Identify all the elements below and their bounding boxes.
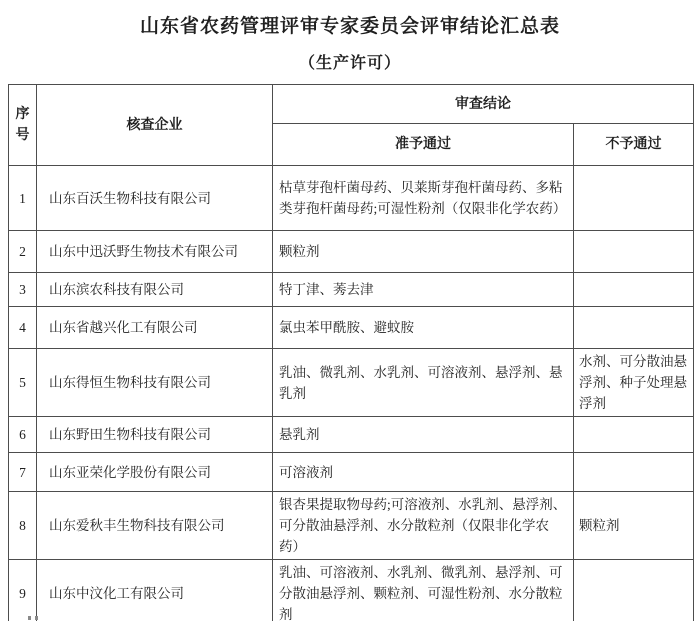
cell-rejected bbox=[574, 166, 694, 231]
table-row: 3 山东滨农科技有限公司 特丁津、莠去津 bbox=[9, 273, 694, 307]
cell-company: 山东得恒生物科技有限公司 bbox=[37, 349, 273, 417]
cell-company: 山东滨农科技有限公司 bbox=[37, 273, 273, 307]
cell-serial-number: 8 bbox=[9, 492, 37, 560]
cell-company: 山东百沃生物科技有限公司 bbox=[37, 166, 273, 231]
cell-rejected: 水剂、可分散油悬浮剂、种子处理悬浮剂 bbox=[574, 349, 694, 417]
page-subtitle: （生产许可） bbox=[0, 50, 700, 73]
cell-serial-number: 4 bbox=[9, 307, 37, 349]
page-cutoff-mark bbox=[28, 616, 42, 621]
header-rejected: 不予通过 bbox=[574, 124, 694, 166]
header-row-1: 序号 核查企业 审查结论 bbox=[9, 85, 694, 124]
cell-approved: 乳油、可溶液剂、水乳剂、微乳剂、悬浮剂、可分散油悬浮剂、颗粒剂、可湿性粉剂、水分… bbox=[273, 560, 574, 621]
page-title: 山东省农药管理评审专家委员会评审结论汇总表 bbox=[0, 11, 700, 38]
cell-rejected bbox=[574, 307, 694, 349]
cell-approved: 银杏果提取物母药;可溶液剂、水乳剂、悬浮剂、可分散油悬浮剂、水分散粒剂（仅限非化… bbox=[273, 492, 574, 560]
header-company: 核查企业 bbox=[37, 85, 273, 166]
cell-approved: 特丁津、莠去津 bbox=[273, 273, 574, 307]
review-summary-table: 序号 核查企业 审查结论 准予通过 不予通过 1 山东百沃生物科技有限公司 枯草… bbox=[8, 84, 694, 621]
table-row: 4 山东省越兴化工有限公司 氯虫苯甲酰胺、避蚊胺 bbox=[9, 307, 694, 349]
cell-approved: 枯草芽孢杆菌母药、贝莱斯芽孢杆菌母药、多粘类芽孢杆菌母药;可湿性粉剂（仅限非化学… bbox=[273, 166, 574, 231]
cell-serial-number: 3 bbox=[9, 273, 37, 307]
cell-approved: 颗粒剂 bbox=[273, 231, 574, 273]
cell-rejected bbox=[574, 231, 694, 273]
table-row: 7 山东亚荣化学股份有限公司 可溶液剂 bbox=[9, 453, 694, 492]
cell-rejected bbox=[574, 453, 694, 492]
cell-approved: 乳油、微乳剂、水乳剂、可溶液剂、悬浮剂、悬乳剂 bbox=[273, 349, 574, 417]
cell-serial-number: 5 bbox=[9, 349, 37, 417]
cell-company: 山东中汶化工有限公司 bbox=[37, 560, 273, 621]
header-review-conclusion: 审查结论 bbox=[273, 85, 694, 124]
table-row: 1 山东百沃生物科技有限公司 枯草芽孢杆菌母药、贝莱斯芽孢杆菌母药、多粘类芽孢杆… bbox=[9, 166, 694, 231]
document-page: 山东省农药管理评审专家委员会评审结论汇总表 （生产许可） 序号 核查企业 审查结… bbox=[0, 0, 700, 621]
cell-rejected bbox=[574, 273, 694, 307]
cell-serial-number: 7 bbox=[9, 453, 37, 492]
cell-rejected bbox=[574, 417, 694, 453]
table-row: 5 山东得恒生物科技有限公司 乳油、微乳剂、水乳剂、可溶液剂、悬浮剂、悬乳剂 水… bbox=[9, 349, 694, 417]
cell-serial-number: 6 bbox=[9, 417, 37, 453]
cell-company: 山东省越兴化工有限公司 bbox=[37, 307, 273, 349]
cell-rejected: 颗粒剂 bbox=[574, 492, 694, 560]
cell-serial-number: 9 bbox=[9, 560, 37, 621]
table-row: 8 山东爱秋丰生物科技有限公司 银杏果提取物母药;可溶液剂、水乳剂、悬浮剂、可分… bbox=[9, 492, 694, 560]
cell-rejected bbox=[574, 560, 694, 621]
header-approved: 准予通过 bbox=[273, 124, 574, 166]
cell-serial-number: 1 bbox=[9, 166, 37, 231]
cell-approved: 氯虫苯甲酰胺、避蚊胺 bbox=[273, 307, 574, 349]
table-row: 2 山东中迅沃野生物技术有限公司 颗粒剂 bbox=[9, 231, 694, 273]
cell-company: 山东爱秋丰生物科技有限公司 bbox=[37, 492, 273, 560]
cell-serial-number: 2 bbox=[9, 231, 37, 273]
cell-approved: 悬乳剂 bbox=[273, 417, 574, 453]
cell-company: 山东野田生物科技有限公司 bbox=[37, 417, 273, 453]
cell-approved: 可溶液剂 bbox=[273, 453, 574, 492]
cell-company: 山东亚荣化学股份有限公司 bbox=[37, 453, 273, 492]
header-serial-number: 序号 bbox=[9, 85, 37, 166]
table-row: 6 山东野田生物科技有限公司 悬乳剂 bbox=[9, 417, 694, 453]
cell-company: 山东中迅沃野生物技术有限公司 bbox=[37, 231, 273, 273]
table-row: 9 山东中汶化工有限公司 乳油、可溶液剂、水乳剂、微乳剂、悬浮剂、可分散油悬浮剂… bbox=[9, 560, 694, 621]
